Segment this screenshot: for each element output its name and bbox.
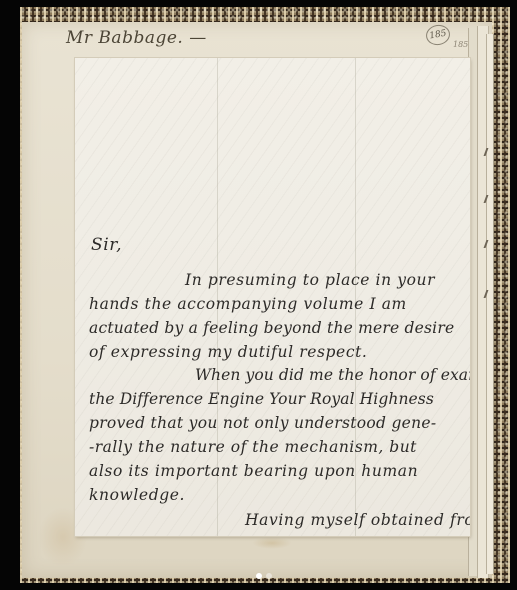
letter-line: In presuming to place in your	[185, 271, 435, 289]
album-caption: Mr Babbage. —	[66, 28, 207, 48]
letter-line: the Difference Engine Your Royal Highnes…	[89, 390, 434, 408]
paper-stain	[252, 537, 292, 549]
letter-sheet: Sir, In presuming to place in your hands…	[75, 58, 470, 536]
letter-line: knowledge.	[89, 486, 185, 504]
carousel-dot-2[interactable]	[266, 573, 272, 579]
letter-line: of expressing my dutiful respect.	[89, 343, 367, 361]
letter-line: When you did me the honor of examining	[195, 366, 470, 384]
letter-line: hands the accompanying volume I am	[89, 295, 407, 313]
letter-line: Having myself obtained from	[245, 511, 470, 529]
folio-number: 185	[453, 40, 468, 49]
letter-salutation: Sir,	[91, 235, 122, 255]
carousel-indicator	[256, 573, 272, 579]
carousel-dot-1[interactable]	[256, 573, 262, 579]
letter-line: -rally the nature of the mechanism, but	[89, 438, 417, 456]
page-edge	[486, 34, 494, 574]
image-viewer[interactable]: Mr Babbage. — 185 185 Sir, In presuming …	[0, 0, 517, 590]
letter-line: actuated by a feeling beyond the mere de…	[89, 319, 454, 337]
letter-line: also its important bearing upon human	[89, 462, 418, 480]
letter-line: proved that you not only understood gene…	[89, 414, 436, 432]
